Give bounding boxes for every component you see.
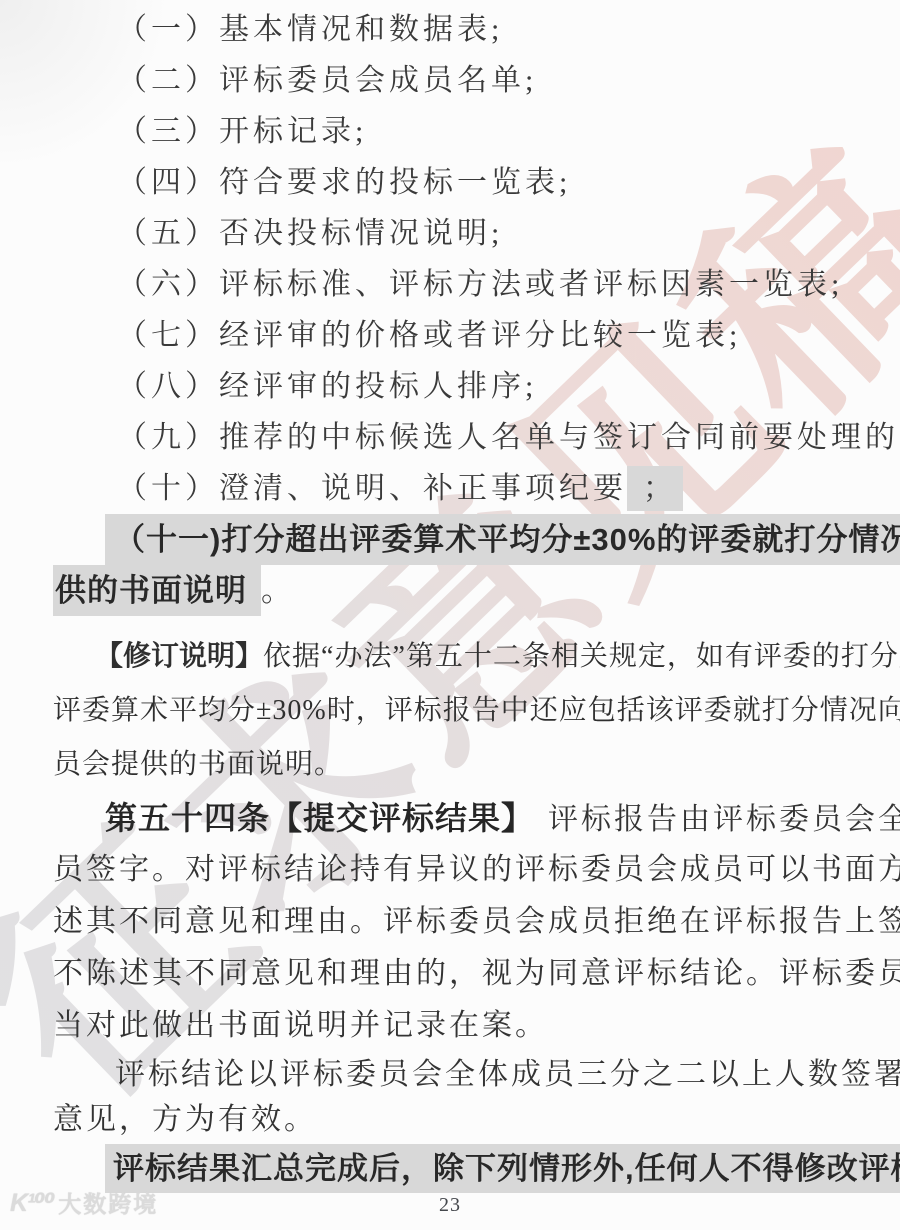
dashukuajing-logo: K¹⁰⁰ 大数跨境 [10,1186,158,1219]
list-item-1: （一）基本情况和数据表; [53,4,864,55]
revision-note-line-1: 【修订说明】依据“办法”第五十二条相关规定，如有评委的打分超出 [53,630,864,684]
list-item-4: （四）符合要求的投标一览表; [53,157,864,208]
clause-eleven-line-1-highlight: （十一)打分超出评委算术平均分±30%的评委就打分情况提 [105,514,900,565]
list-item-3: （三）开标记录; [53,106,864,157]
article-54-line-5: 当对此做出书面说明并记录在案。 [53,1000,864,1052]
article-54-heading: 第五十四条【提交评标结果】 [105,800,534,836]
article-54-line-2: 员签字。对评标结论持有异议的评标委员会成员可以书面方式阐 [53,844,864,896]
revision-note-line-2: 评委算术平均分±30%时，评标报告中还应包括该评委就打分情况向评标委 [53,684,864,738]
list-item-7: （七）经评审的价格或者评分比较一览表; [53,310,864,361]
list-item-8: （八）经评审的投标人排序; [53,361,864,412]
revision-note-label: 【修订说明】 [95,641,263,672]
revision-note-line-3: 员会提供的书面说明。 [53,738,864,792]
list-item-2: （二）评标委员会成员名单; [53,55,864,106]
conclusion-line-2: 意见，方为有效。 [53,1097,864,1142]
highlighted-semicolon: ； [627,466,683,511]
article-54-line-1-text: 评标报告由评标委员会全体成 [548,803,900,836]
revision-note: 【修订说明】依据“办法”第五十二条相关规定，如有评委的打分超出 评委算术平均分±… [53,630,864,792]
list-item-6: （六）评标标准、评标方法或者评标因素一览表; [53,259,864,310]
revision-note-line-1-text: 依据“办法”第五十二条相关规定，如有评委的打分超出 [263,641,900,672]
k100-logo-icon: K¹⁰⁰ [10,1188,54,1218]
page-number: 23 [439,1194,461,1217]
list-item-10: （十）澄清、说明、补正事项纪要； [53,463,864,514]
list-item-9: （九）推荐的中标候选人名单与签订合同前要处理的事宜; [53,412,864,463]
clause-eleven-period: 。 [261,573,293,608]
clause-eleven-line-2: 供的书面说明。 [53,566,864,616]
conclusion-paragraph: 评标结论以评标委员会全体成员三分之二以上人数签署同意 意见，方为有效。 [53,1052,864,1142]
final-highlighted-line: 评标结果汇总完成后，除下列情形外,任何人不得修改评标结 [53,1144,864,1193]
clause-eleven-line-2-highlight: 供的书面说明 [53,565,261,616]
article-54-line-4: 不陈述其不同意见和理由的，视为同意评标结论。评标委员会应 [53,948,864,1000]
document-content: （一）基本情况和数据表; （二）评标委员会成员名单; （三）开标记录; （四）符… [53,4,864,1193]
article-54-line-1: 第五十四条【提交评标结果】评标报告由评标委员会全体成 [53,792,864,844]
article-54-line-3: 述其不同意见和理由。评标委员会成员拒绝在评标报告上签字且 [53,896,864,948]
document-page: 征求意见稿 （一）基本情况和数据表; （二）评标委员会成员名单; （三）开标记录… [0,0,900,1230]
final-highlight-text: 评标结果汇总完成后，除下列情形外,任何人不得修改评标结 [105,1144,900,1193]
article-54: 第五十四条【提交评标结果】评标报告由评标委员会全体成 员签字。对评标结论持有异议… [53,792,864,1052]
clause-eleven-line-1: （十一)打分超出评委算术平均分±30%的评委就打分情况提 [53,514,864,566]
logo-text: 大数跨境 [58,1186,158,1219]
conclusion-line-1: 评标结论以评标委员会全体成员三分之二以上人数签署同意 [53,1052,864,1097]
list-item-10-text: （十）澄清、说明、补正事项纪要 [117,472,627,505]
list-item-5: （五）否决投标情况说明; [53,208,864,259]
